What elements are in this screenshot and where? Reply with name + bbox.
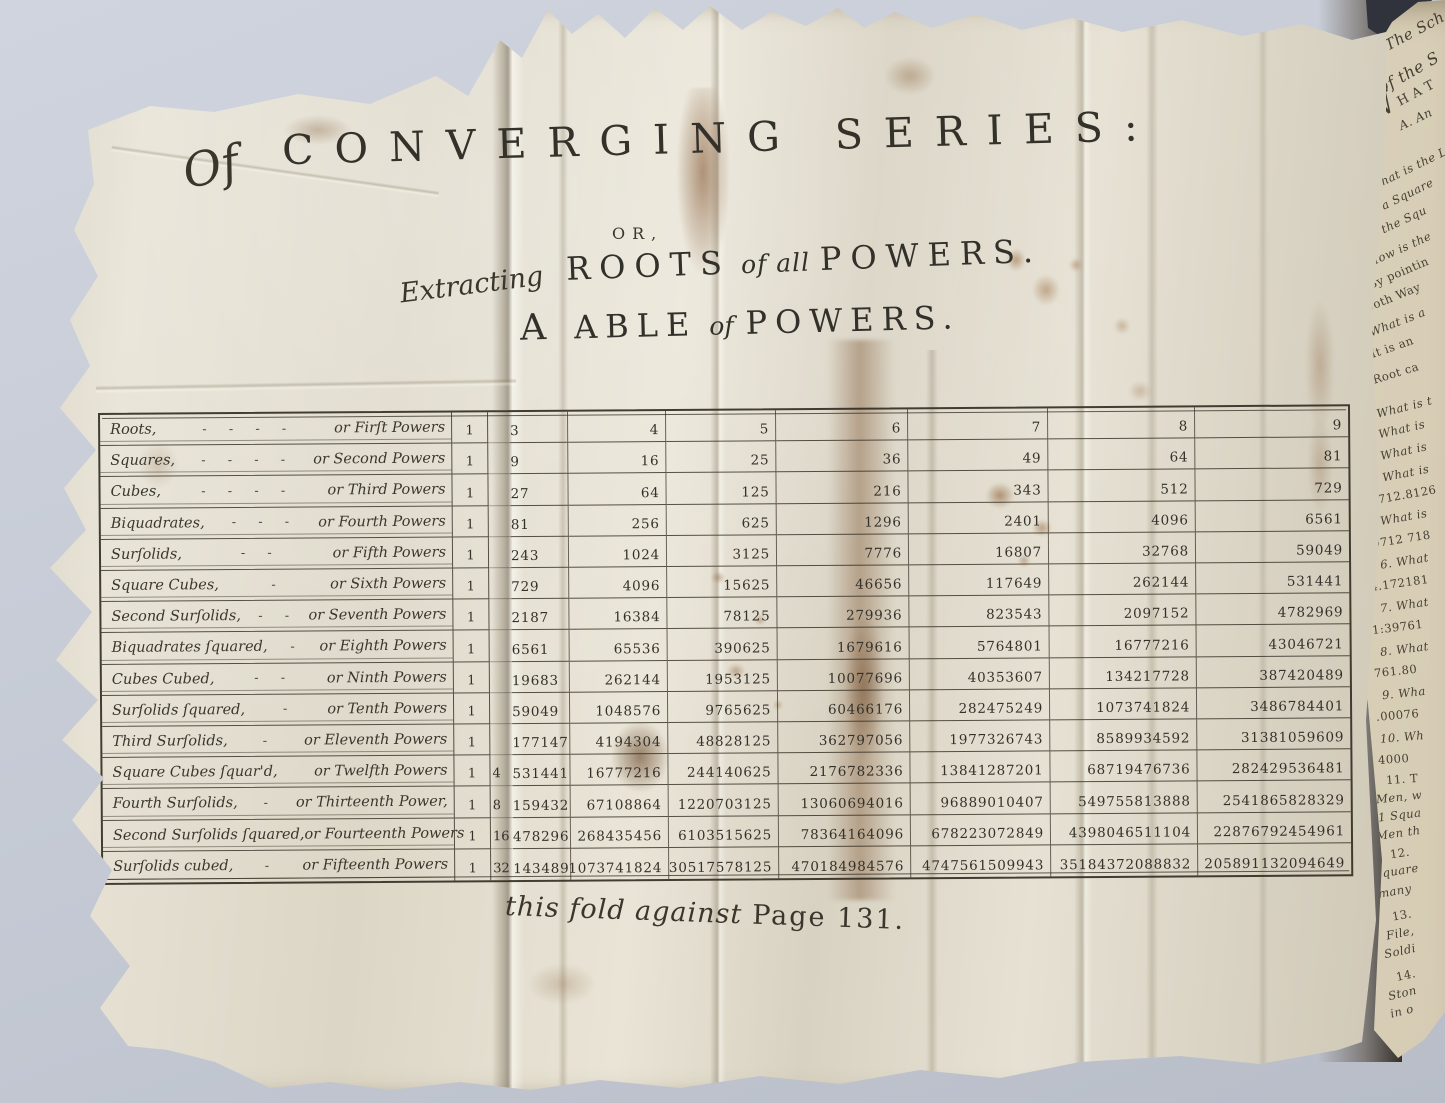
cell-power-value: 1073741824 (1050, 688, 1197, 720)
cell-power-value: 25 (666, 441, 776, 473)
cell-power-value: 2097152 (1049, 595, 1196, 627)
cell-power-value: 27 (510, 474, 568, 506)
row-name: Biquadrates ſquared, (112, 639, 268, 656)
row-dashes: - (233, 858, 302, 873)
row-name: Fourth Surſolids, (113, 796, 238, 813)
row-label: Biquadrates,- - -or Fourth Powers (101, 506, 453, 540)
cell-base-2-fragment (490, 724, 512, 755)
subtitle-roots: ROOTS (565, 244, 731, 288)
subtitle-a: A (520, 307, 547, 349)
cell-power-value: 3125 (667, 535, 777, 567)
title-or: OR, (612, 224, 663, 243)
cell-power-value: 177147 (512, 724, 570, 756)
row-name: Square Cubes, (111, 577, 219, 594)
cell-power-value: 4096 (569, 567, 667, 599)
cell-power-value: 64 (1048, 439, 1195, 471)
book-page-text-fragment: 9. Wha (1381, 684, 1426, 702)
row-power-label: or Fourteenth Powers (304, 825, 464, 842)
subtitle-powers-2: POWERS. (745, 298, 961, 342)
subtitle-powers: POWERS. (819, 232, 1042, 278)
cell-power-value: 65536 (570, 629, 668, 661)
cell-power-value: 729 (1195, 469, 1348, 501)
cell-power-value: 8 (1048, 407, 1195, 439)
cell-power-value: 2187 (511, 599, 569, 631)
cell-power-value: 6561 (1196, 500, 1349, 532)
row-label: Biquadrates ſquared,-or Eighth Powers (102, 631, 454, 665)
book-page-text-fragment: 6. What (1379, 550, 1429, 571)
book-page-text-fragment: File, (1385, 923, 1415, 942)
cell-power-value: 282475249 (910, 689, 1050, 721)
book-page-text-fragment: Root ca (1371, 359, 1421, 386)
cell-power-value: 4 (568, 411, 666, 443)
cell-power-value: 5764801 (910, 627, 1050, 659)
book-page-text-fragment: Men, w (1375, 788, 1422, 807)
book-page-text-fragment: What is (1381, 462, 1430, 485)
cell-base-2-fragment (490, 631, 512, 662)
powers-table: Roots,- - - -or Firſt Powers13456789Squa… (98, 404, 1353, 885)
cell-base-1: 1 (453, 599, 489, 630)
cell-power-value: 64 (568, 473, 666, 505)
book-page-text-fragment: A. An (1397, 105, 1435, 133)
row-label: Second Surſolids ſquared,or Fourteenth P… (103, 818, 455, 852)
book-page-text-fragment: What is t (1375, 393, 1433, 420)
cell-base-2-fragment (489, 599, 511, 630)
cell-power-value: 10077696 (778, 659, 910, 691)
cell-power-value: 279936 (777, 597, 909, 629)
photo-of-unfolded-book-plate: The SchOf the SWH A TA. AnWhat is the LI… (0, 0, 1445, 1103)
subtitle-of-all: of all (740, 248, 810, 280)
cell-power-value: 30517578125 (669, 847, 779, 879)
cell-power-value: 9 (1195, 406, 1348, 438)
cell-base-2-fragment: 32 (491, 849, 513, 880)
row-dashes: - (219, 577, 330, 593)
row-label: Surſolids,- -or Fifth Powers (101, 537, 453, 571)
row-power-label: or Firſt Powers (334, 420, 445, 437)
fold-caption-italic: this fold against (505, 891, 743, 930)
row-name: Surſolids ſquared, (112, 702, 245, 719)
cell-power-value: 43046721 (1197, 625, 1350, 657)
cell-power-value: 36 (776, 441, 908, 473)
cell-power-value: 262144 (570, 661, 668, 693)
cell-base-1: 1 (452, 475, 488, 506)
cell-power-value: 390625 (668, 629, 778, 661)
row-dashes: - - (241, 608, 309, 623)
cell-base-1: 1 (454, 755, 490, 786)
cell-power-value: 2176782336 (778, 753, 910, 785)
row-dashes: - - (214, 671, 327, 687)
cell-power-value: 549755813888 (1051, 782, 1198, 814)
cell-base-1: 1 (455, 787, 491, 818)
cell-power-value: 1220703125 (669, 785, 779, 817)
cell-power-value: 823543 (909, 596, 1049, 628)
row-name: Second Surſolids ſquared, (113, 826, 305, 843)
cell-base-2-fragment: 16 (491, 818, 513, 849)
subtitle-extracting-roots: ExtractingROOTSof allPOWERS. (398, 232, 1043, 295)
cell-power-value: 729 (511, 568, 569, 600)
cell-power-value: 3 (510, 412, 568, 444)
page-title: CONVERGING SERIES: (282, 102, 1160, 174)
paper-crease-horizontal (96, 378, 516, 393)
cell-power-value: 48828125 (668, 722, 778, 754)
row-dashes: - - - (205, 515, 319, 531)
row-label: Square Cubes,-or Sixth Powers (101, 569, 453, 603)
cell-power-value: 4747561509943 (911, 845, 1051, 877)
row-label: Surſolids ſquared,-or Tenth Powers (102, 693, 454, 727)
cell-power-value: 16777216 (570, 754, 668, 786)
row-name: Cubes, (110, 484, 160, 500)
row-dashes: - - (182, 546, 333, 562)
cell-power-value: 3486784401 (1197, 687, 1350, 719)
row-dashes: - - - - (175, 452, 313, 468)
cell-power-value: 40353607 (910, 658, 1050, 690)
cell-power-value: 6561 (512, 630, 570, 662)
row-name: Biquadrates, (111, 515, 205, 532)
book-page-text-fragment: 4000 (1378, 751, 1410, 767)
cell-power-value: 13841287201 (910, 752, 1050, 784)
book-page-text-fragment: 1 Squa (1377, 805, 1422, 824)
fold-caption-page-number: Page 131. (752, 900, 906, 936)
cell-base-2-fragment (488, 443, 510, 474)
row-power-label: or Fifth Powers (333, 544, 446, 561)
cell-power-value: 9 (510, 443, 568, 475)
cell-power-value: 1977326743 (910, 720, 1050, 752)
book-page-text-fragment: 11. T (1386, 771, 1419, 787)
book-page-text-fragment: 10. Wh (1379, 728, 1424, 746)
cell-base-1: 1 (453, 537, 489, 568)
fold-caption: this fold againstPage 131. (505, 891, 906, 936)
cell-power-value: 205891132094649 (1198, 843, 1351, 875)
row-name: Cubes Cubed, (112, 671, 215, 688)
cell-power-value: 1296 (777, 503, 909, 535)
row-dashes: - - - - (161, 483, 328, 499)
book-page-text-fragment: 761.80 (1373, 662, 1417, 680)
cell-power-value: 262144 (1049, 563, 1196, 595)
row-label: Surſolids cubed,-or Fifteenth Powers (103, 849, 455, 883)
cell-power-value: 625 (667, 504, 777, 536)
cell-power-value: 49 (908, 440, 1048, 472)
cell-power-value: 22876792454961 (1198, 812, 1351, 844)
cell-power-value: 78364164096 (779, 815, 911, 847)
cell-power-value: 13060694016 (779, 784, 911, 816)
cell-power-value: 216 (776, 472, 908, 504)
cell-power-value: 512 (1048, 470, 1195, 502)
cell-base-1: 1 (455, 849, 491, 880)
cell-power-value: 244140625 (668, 753, 778, 785)
row-power-label: or Sixth Powers (330, 576, 446, 593)
cell-power-value: 46656 (777, 565, 909, 597)
cell-base-1: 1 (452, 412, 488, 443)
row-power-label: or Twelfth Powers (314, 763, 448, 780)
book-page-text-fragment: Men th (1375, 823, 1421, 843)
cell-power-value: 81 (511, 505, 569, 537)
cell-base-2-fragment: 4 (490, 755, 512, 786)
cell-power-value: 531441 (1196, 562, 1349, 594)
row-power-label: or Seventh Powers (308, 607, 446, 624)
book-page-text-fragment: What is (1379, 506, 1428, 528)
cell-base-1: 1 (453, 568, 489, 599)
cell-power-value: 1024 (569, 536, 667, 568)
row-dashes: - (245, 702, 327, 718)
row-power-label: or Ninth Powers (327, 669, 447, 686)
cell-power-value: 2541865828329 (1198, 781, 1351, 813)
row-label: Squares,- - - -or Second Powers (100, 444, 452, 478)
row-name: Surſolids, (111, 546, 182, 562)
cell-power-value: 9765625 (668, 691, 778, 723)
book-page-text-fragment: in o (1389, 1001, 1415, 1020)
row-name: Third Surſolids, (112, 733, 227, 750)
cell-power-value: 1073741824 (571, 848, 669, 880)
cell-base-2-fragment (489, 568, 511, 599)
cell-power-value: 96889010407 (911, 783, 1051, 815)
cell-power-value: 14348907 (513, 849, 571, 881)
book-page-text-fragment: 4.172181 (1369, 572, 1429, 594)
cell-base-2-fragment: 8 (491, 787, 513, 818)
cell-power-value: 1048576 (570, 692, 668, 724)
cell-power-value: 531441 (512, 755, 570, 787)
cell-power-value: 60466176 (778, 690, 910, 722)
cell-base-2-fragment (488, 412, 510, 443)
book-page-text-fragment: 4712.8126 (1369, 482, 1437, 507)
row-label: Second Surſolids,- -or Seventh Powers (101, 600, 453, 634)
cell-power-value: 6 (776, 409, 908, 441)
book-page-text-fragment: 9712 718 (1371, 527, 1431, 550)
row-dashes: - - - - (156, 421, 334, 437)
cell-power-value: 16807 (909, 533, 1049, 565)
row-name: Square Cubes ſquar'd, (112, 764, 277, 781)
cell-base-2-fragment (490, 662, 512, 693)
foldout-sheet: Of CONVERGING SERIES: OR, ExtractingROOT… (0, 0, 1445, 1103)
cell-power-value: 2401 (909, 502, 1049, 534)
cell-power-value: 678223072849 (911, 814, 1051, 846)
row-name: Roots, (110, 422, 156, 438)
cell-power-value: 19683 (512, 661, 570, 693)
row-power-label: or Tenth Powers (327, 700, 447, 717)
paper-stain (512, 952, 612, 1016)
row-power-label: or Thirteenth Power, (296, 794, 448, 811)
book-page-text-fragment: 13. (1391, 906, 1413, 923)
cell-power-value: 1594323 (513, 786, 571, 818)
cell-base-1: 1 (454, 662, 490, 693)
book-page-text-fragment: 12. (1389, 845, 1411, 862)
cell-power-value: 4398046511104 (1051, 813, 1198, 845)
cell-power-value: 7776 (777, 534, 909, 566)
row-label: Cubes Cubed,- -or Ninth Powers (102, 662, 454, 696)
book-page-text-fragment: 7. What (1379, 595, 1429, 616)
book-page-text-fragment: 8. What (1379, 639, 1429, 659)
subtitle-able: ABLE (574, 305, 698, 346)
cell-power-value: 5 (666, 410, 776, 442)
cell-power-value: 35184372088832 (1051, 844, 1198, 876)
cell-power-value: 15625 (667, 566, 777, 598)
cell-power-value: 8589934592 (1050, 719, 1197, 751)
row-power-label: or Eleventh Powers (304, 732, 447, 749)
cell-power-value: 1679616 (778, 628, 910, 660)
cell-base-2-fragment (489, 537, 511, 568)
cell-power-value: 59049 (1196, 531, 1349, 563)
cell-power-value: 1953125 (668, 660, 778, 692)
cell-base-1: 1 (454, 693, 490, 724)
cell-power-value: 59049 (512, 693, 570, 725)
row-power-label: or Second Powers (313, 451, 445, 468)
cell-base-1: 1 (452, 443, 488, 474)
cell-power-value: 16384 (569, 598, 667, 630)
title-of-word: Of (178, 135, 244, 200)
cell-base-2-fragment (489, 506, 511, 537)
subtitle-extracting: Extracting (398, 261, 545, 310)
cell-power-value: 117649 (909, 564, 1049, 596)
row-dashes: - (238, 796, 296, 811)
cell-power-value: 67108864 (571, 785, 669, 817)
book-page-text-fragment: 1:39761 (1371, 617, 1424, 637)
cell-power-value: 362797056 (778, 721, 910, 753)
row-power-label: or Eighth Powers (319, 638, 446, 655)
cell-power-value: 4782969 (1196, 593, 1349, 625)
cell-base-1: 1 (453, 506, 489, 537)
cell-power-value: 470184984576 (779, 846, 911, 878)
row-power-label: or Fifteenth Powers (302, 857, 448, 874)
book-page-text-fragment: Ston (1387, 983, 1418, 1003)
cell-base-2-fragment (488, 475, 510, 506)
cell-power-value: 16777216 (1050, 626, 1197, 658)
row-name: Second Surſolids, (111, 608, 241, 625)
cell-power-value: 134217728 (1050, 657, 1197, 689)
cell-power-value: 387420489 (1197, 656, 1350, 688)
book-page-text-fragment: .00076 (1375, 706, 1419, 724)
row-power-label: or Fourth Powers (318, 513, 446, 530)
cell-power-value: 16 (568, 442, 666, 474)
row-dashes: - (268, 639, 320, 654)
row-label: Fourth Surſolids,-or Thirteenth Power, (103, 787, 455, 821)
subtitle-table-of-powers: AABLEofPOWERS. (520, 296, 962, 349)
cell-power-value: 31381059609 (1197, 718, 1350, 750)
row-name: Squares, (110, 453, 175, 469)
book-page-text-fragment: many (1377, 881, 1413, 901)
cell-power-value: 68719476736 (1050, 751, 1197, 783)
cell-base-2-fragment (490, 693, 512, 724)
cell-power-value: 4782969 (513, 817, 571, 849)
book-page-text-fragment: 14. (1395, 966, 1417, 984)
cell-power-value: 243 (511, 537, 569, 569)
row-label: Cubes,- - - -or Third Powers (100, 475, 452, 509)
row-label: Roots,- - - -or Firſt Powers (100, 413, 452, 447)
row-label: Third Surſolids,-or Eleventh Powers (102, 725, 454, 759)
cell-power-value: 343 (908, 471, 1048, 503)
row-dashes: - (228, 733, 304, 749)
cell-power-value: 81 (1195, 437, 1348, 469)
cell-power-value: 6103515625 (669, 816, 779, 848)
cell-power-value: 4194304 (570, 723, 668, 755)
cell-power-value: 282429536481 (1197, 749, 1350, 781)
cell-power-value: 125 (666, 473, 776, 505)
row-name: Surſolids cubed, (113, 858, 233, 875)
row-label: Square Cubes ſquar'd,or Twelfth Powers (102, 756, 454, 790)
paper-stain (872, 48, 948, 104)
subtitle-of: of (709, 311, 734, 341)
cell-base-1: 1 (454, 724, 490, 755)
cell-power-value: 32768 (1049, 532, 1196, 564)
book-page-text-fragment: What is (1379, 439, 1428, 463)
cell-power-value: 4096 (1049, 501, 1196, 533)
cell-power-value: 268435456 (571, 817, 669, 849)
cell-power-value: 7 (908, 408, 1048, 440)
cell-power-value: 256 (569, 505, 667, 537)
cell-power-value: 78125 (667, 597, 777, 629)
book-page-text-fragment: Soldi (1383, 941, 1417, 961)
row-power-label: or Third Powers (327, 482, 445, 499)
cell-base-1: 1 (454, 631, 490, 662)
book-page-text-fragment: What is (1377, 417, 1426, 441)
